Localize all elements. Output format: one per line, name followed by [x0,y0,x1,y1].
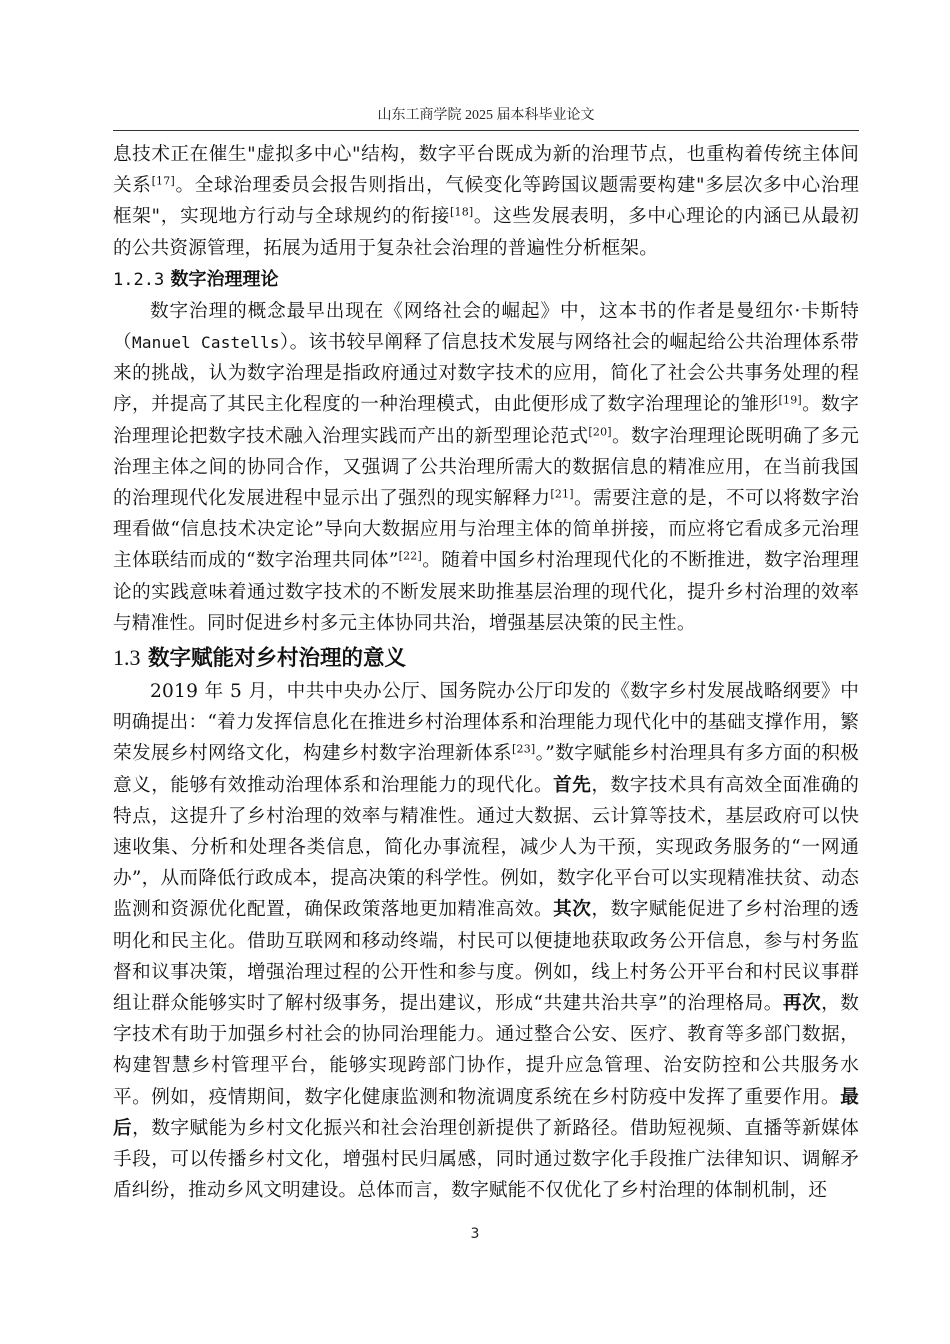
citation-ref: [19] [779,394,802,407]
citation-ref: [23] [512,743,535,756]
bold-lead-second: 其次 [553,899,591,920]
section-heading-1-3: 1.3 数字赋能对乡村治理的意义 [113,641,859,676]
section-number: 1.2.3 [113,270,164,290]
citation-ref: [20] [588,425,611,438]
section-title: 数字治理理论 [170,269,278,290]
bold-lead-first: 首先 [553,775,591,796]
page-number: 3 [0,1226,950,1242]
page-body: 息技术正在催生"虚拟多中心"结构，数字平台既成为新的治理节点，也重构着传统主体间… [113,139,859,1207]
running-header: 山东工商学院 2025 届本科毕业论文 [113,106,859,126]
citation-ref: [18] [450,206,473,219]
citation-ref: [21] [550,487,573,500]
bold-lead-third: 再次 [783,993,821,1014]
continued-paragraph: 息技术正在催生"虚拟多中心"结构，数字平台既成为新的治理节点，也重构着传统主体间… [113,139,859,264]
citation-ref: [17] [152,175,175,188]
section-title: 数字赋能对乡村治理的意义 [148,646,406,671]
section-heading-1-2-3: 1.2.3 数字治理理论 [113,264,859,296]
text-run: ，数字赋能为乡村文化振兴和社会治理创新提供了新路径。借助短视频、直播等新媒体手段… [113,1118,859,1201]
citation-ref: [22] [399,550,422,563]
header-rule [113,130,859,131]
author-latin-name: Manuel Castells [132,333,280,352]
paragraph-digital-empowerment: 2019 年 5 月，中共中央办公厅、国务院办公厅印发的《数字乡村发展战略纲要》… [113,676,859,1206]
section-number: 1.3 [113,645,141,670]
paragraph-digital-governance: 数字治理的概念最早出现在《网络社会的崛起》中，这本书的作者是曼纽尔·卡斯特（Ma… [113,296,859,639]
